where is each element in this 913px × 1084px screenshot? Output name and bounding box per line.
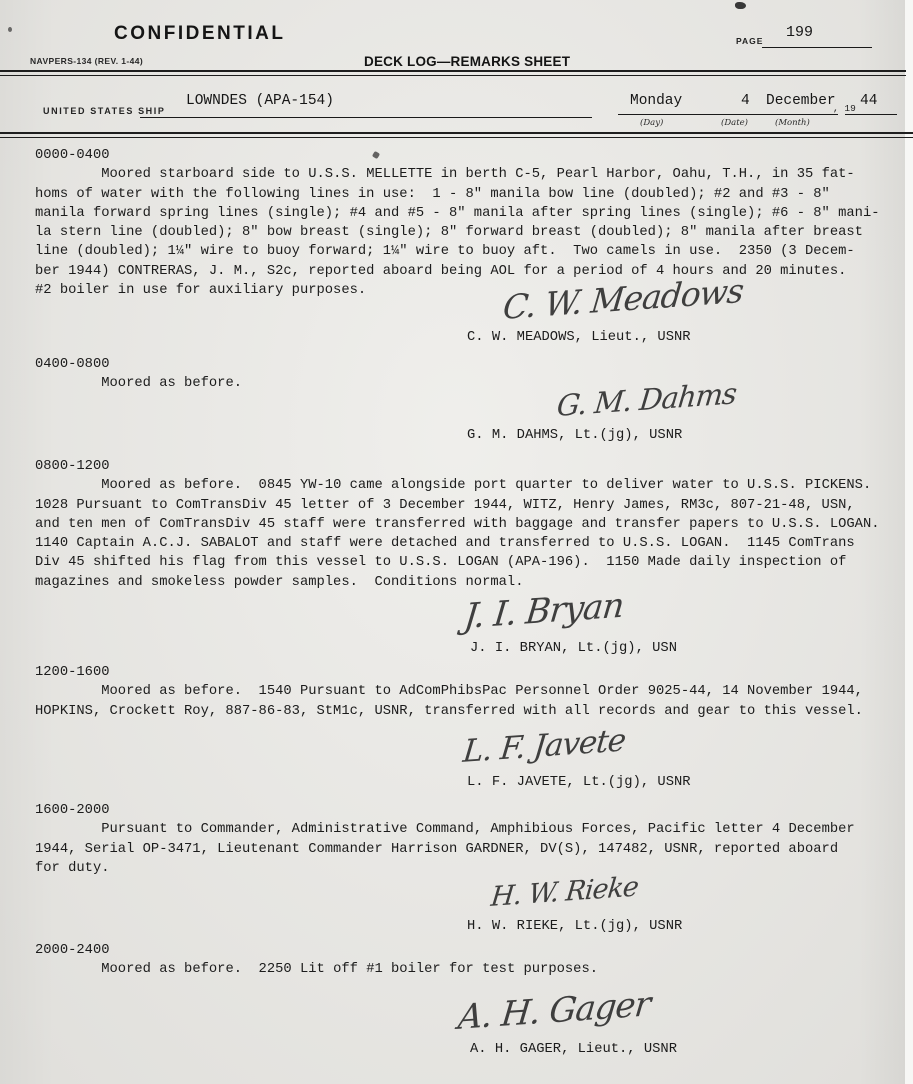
entry-text: Moored as before. 1540 Pursuant to AdCom… (35, 682, 907, 721)
signature-handwriting: L. F. Javete (461, 716, 694, 773)
ink-speck (8, 27, 12, 32)
deck-log-remarks-sheet: CONFIDENTIAL PAGE 199 NAVPERS-134 (REV. … (0, 0, 913, 1084)
signature-block: C. W. Meadows C. W. MEADOWS, Lieut., USN… (467, 288, 741, 347)
header-rule (0, 70, 906, 76)
year-underline (845, 114, 897, 115)
signature-typed-name: C. W. MEADOWS, Lieut., USNR (467, 328, 741, 347)
ship-label: UNITED STATES SHIP (43, 106, 165, 116)
signature-block: G. M. Dahms G. M. DAHMS, Lt.(jg), USNR (467, 386, 734, 445)
signature-block: L. F. Javete L. F. JAVETE, Lt.(jg), USNR (467, 732, 691, 792)
log-entry-1200-1600: 1200-1600 Moored as before. 1540 Pursuan… (35, 663, 907, 721)
ink-speck (735, 2, 746, 9)
signature-typed-name: G. M. DAHMS, Lt.(jg), USNR (467, 426, 734, 445)
signature-block: J. I. Bryan J. I. BRYAN, Lt.(jg), USN (470, 595, 677, 658)
signature-handwriting: A. H. Gager (456, 981, 681, 1040)
signature-block: H. W. Rieke H. W. RIEKE, Lt.(jg), USNR (467, 879, 682, 936)
signature-typed-name: A. H. GAGER, Lieut., USNR (470, 1040, 677, 1059)
entry-time-range: 2000-2400 (35, 941, 907, 960)
entry-text: Moored as before. 2250 Lit off #1 boiler… (35, 960, 907, 979)
entry-time-range: 1600-2000 (35, 801, 907, 820)
entry-time-range: 1200-1600 (35, 663, 907, 682)
signature-typed-name: H. W. RIEKE, Lt.(jg), USNR (467, 917, 682, 936)
day-caption: (Day) (640, 118, 663, 128)
entry-time-range: 0000-0400 (35, 146, 907, 165)
log-entry-2000-2400: 2000-2400 Moored as before. 2250 Lit off… (35, 941, 907, 980)
form-number: NAVPERS-134 (REV. 1-44) (30, 56, 143, 66)
signature-block: A. H. Gager A. H. GAGER, Lieut., USNR (470, 997, 677, 1059)
page-number-underline (762, 47, 872, 48)
page-label: PAGE (736, 36, 763, 46)
ship-name: LOWNDES (APA-154) (186, 93, 334, 109)
day-value: Monday (630, 93, 682, 109)
page-number: 199 (786, 24, 813, 41)
log-entry-0800-1200: 0800-1200 Moored as before. 0845 YW-10 c… (35, 457, 907, 592)
entry-text: Moored as before. 0845 YW-10 came alongs… (35, 476, 907, 592)
ship-name-underline (140, 117, 592, 118)
year-prefix: , 19 (833, 103, 856, 114)
sheet-title: DECK LOG—REMARKS SHEET (364, 54, 570, 69)
month-caption: (Month) (775, 118, 810, 128)
month-value: December (766, 93, 836, 109)
signature-typed-name: J. I. BRYAN, Lt.(jg), USN (470, 639, 677, 658)
entry-text: Pursuant to Commander, Administrative Co… (35, 820, 907, 878)
year-value: 44 (860, 93, 877, 109)
entry-time-range: 0800-1200 (35, 457, 907, 476)
classification-stamp: CONFIDENTIAL (114, 23, 285, 45)
header-rule (0, 132, 913, 138)
entry-time-range: 0400-0800 (35, 355, 907, 374)
log-entry-1600-2000: 1600-2000 Pursuant to Commander, Adminis… (35, 801, 907, 878)
entry-text: Moored starboard side to U.S.S. MELLETTE… (35, 165, 907, 300)
date-caption: (Date) (721, 118, 748, 128)
date-underline (618, 114, 838, 115)
signature-typed-name: L. F. JAVETE, Lt.(jg), USNR (467, 773, 691, 792)
date-value: 4 (741, 93, 750, 109)
log-entry-0000-0400: 0000-0400 Moored starboard side to U.S.S… (35, 146, 907, 300)
